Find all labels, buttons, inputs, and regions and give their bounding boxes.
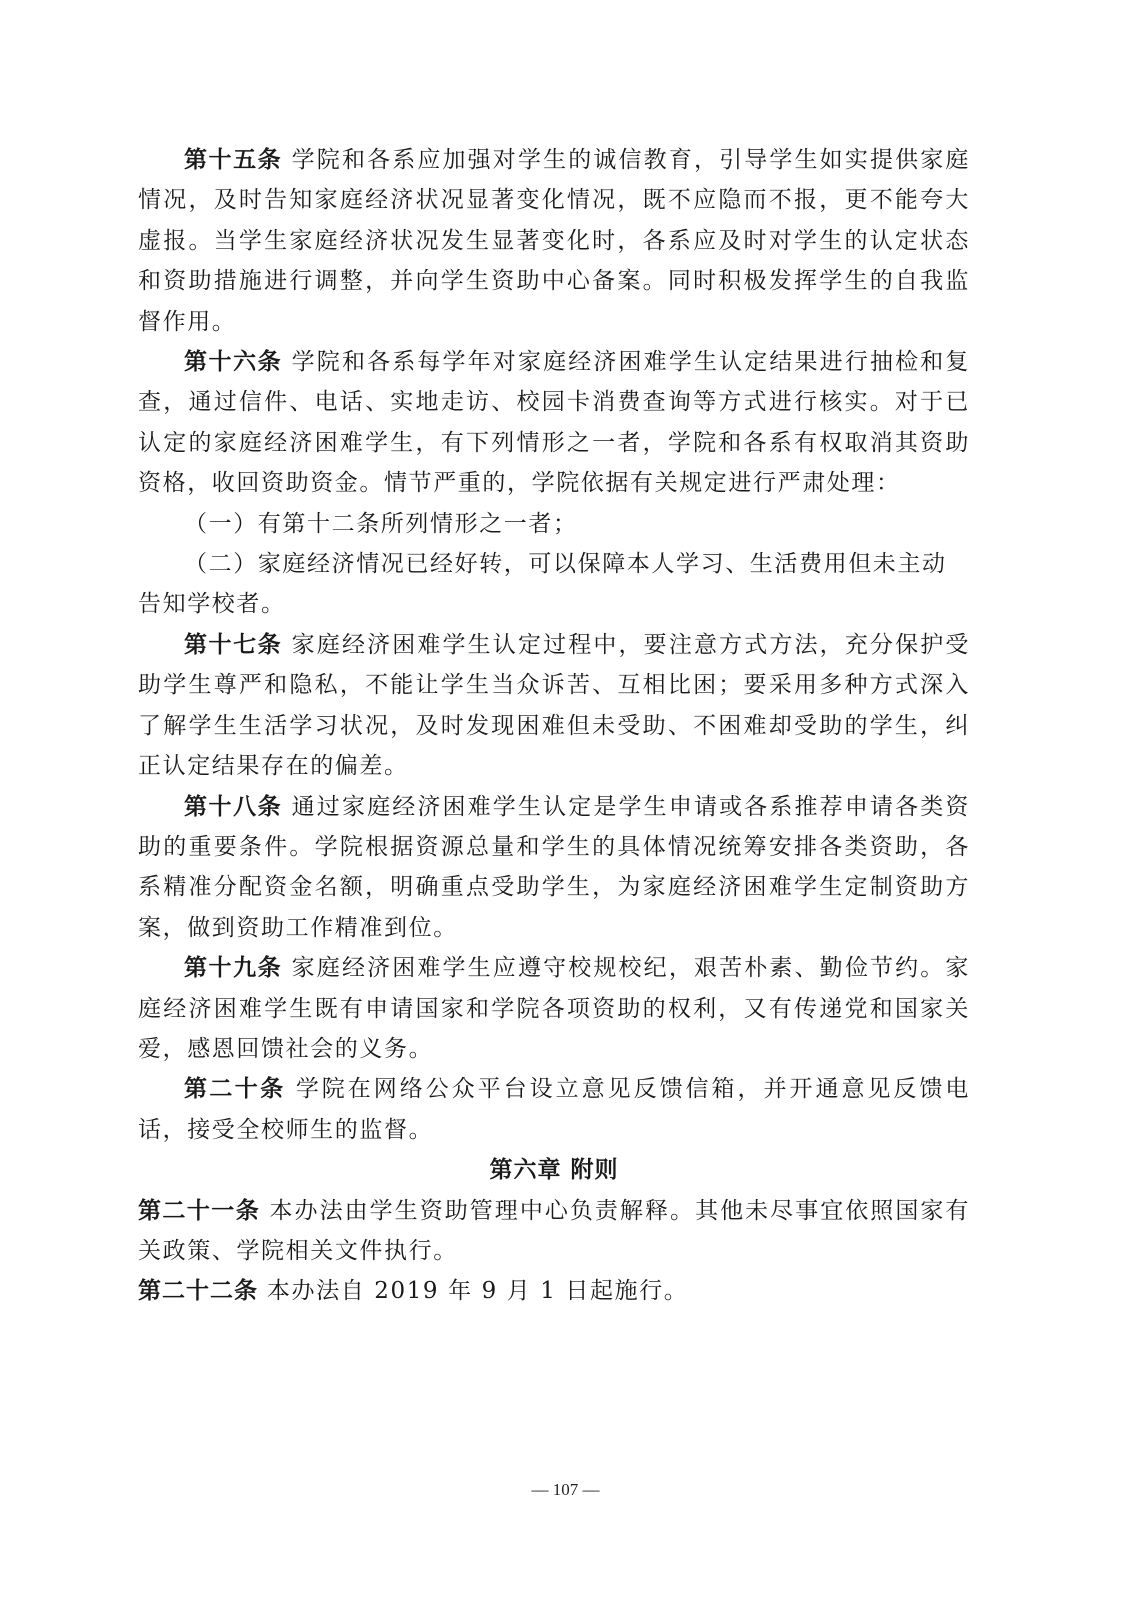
article-17: 第十七条 家庭经济困难学生认定过程中，要注意方式方法，充分保护受助学生尊严和隐私… xyxy=(138,625,970,787)
article-text: 学院和各系应加强对学生的诚信教育，引导学生如实提供家庭情况，及时告知家庭经济状况… xyxy=(138,147,970,335)
article-number: 第十六条 xyxy=(184,349,282,375)
article-number: 第二十一条 xyxy=(138,1198,260,1224)
document-page: 第十五条 学院和各系应加强对学生的诚信教育，引导学生如实提供家庭情况，及时告知家… xyxy=(138,140,970,1312)
article-text: 本办法自 2019 年 9 月 1 日起施行。 xyxy=(267,1278,688,1304)
article-number: 第十八条 xyxy=(184,794,282,820)
article-number: 第二十二条 xyxy=(138,1278,258,1304)
page-number: — 107 — xyxy=(0,1480,1131,1500)
article-15: 第十五条 学院和各系应加强对学生的诚信教育，引导学生如实提供家庭情况，及时告知家… xyxy=(138,140,970,342)
chapter-heading: 第六章 附则 xyxy=(138,1150,970,1190)
article-20: 第二十条 学院在网络公众平台设立意见反馈信箱，并开通意见反馈电话，接受全校师生的… xyxy=(138,1069,970,1150)
article-21: 第二十一条 本办法由学生资助管理中心负责解释。其他未尽事宜依照国家有关政策、学院… xyxy=(138,1191,970,1272)
list-item: （二）家庭经济情况已经好转，可以保障本人学习、生活费用但未主动告知学校者。 xyxy=(138,544,970,625)
article-19: 第十九条 家庭经济困难学生应遵守校规校纪，艰苦朴素、勤俭节约。家庭经济困难学生既… xyxy=(138,948,970,1069)
article-18: 第十八条 通过家庭经济困难学生认定是学生申请或各系推荐申请各类资助的重要条件。学… xyxy=(138,787,970,949)
list-item: （一）有第十二条所列情形之一者； xyxy=(138,504,970,544)
article-number: 第十九条 xyxy=(184,955,282,981)
article-22: 第二十二条 本办法自 2019 年 9 月 1 日起施行。 xyxy=(138,1271,970,1311)
article-text: 本办法由学生资助管理中心负责解释。其他未尽事宜依照国家有关政策、学院相关文件执行… xyxy=(138,1198,970,1264)
article-number: 第十七条 xyxy=(184,632,282,658)
article-number: 第二十条 xyxy=(184,1076,286,1102)
article-number: 第十五条 xyxy=(184,147,282,173)
article-16: 第十六条 学院和各系每学年对家庭经济困难学生认定结果进行抽检和复查，通过信件、电… xyxy=(138,342,970,504)
